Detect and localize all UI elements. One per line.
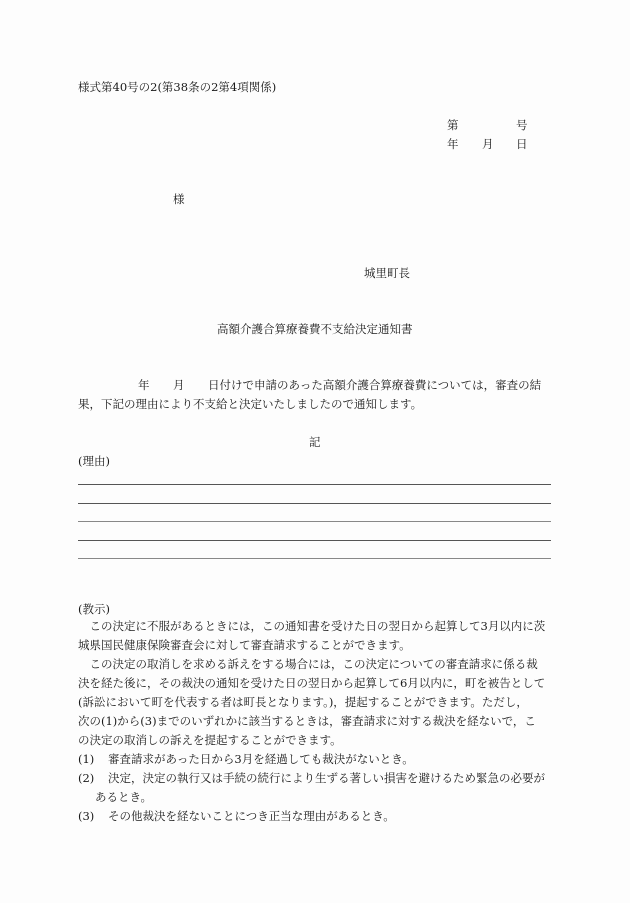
body-date-year: 年 [138, 380, 150, 392]
document-number-suffix: 号 [516, 120, 528, 132]
instruction-items: (1) 審査請求があった日から3月を経過しても裁決がないとき。 (2) 決定，決… [78, 750, 552, 826]
item-text: 審査請求があった日から3月を経過しても裁決がないとき。 [108, 750, 552, 769]
document-number-prefix: 第 [447, 120, 459, 132]
list-item: (1) 審査請求があった日から3月を経過しても裁決がないとき。 [78, 750, 552, 769]
date-month: 月 [482, 139, 494, 151]
reason-line [78, 540, 551, 541]
reason-line [78, 503, 551, 504]
body-date-month: 月 [173, 380, 185, 392]
addressee-suffix: 様 [173, 194, 185, 206]
item-text: 決定，決定の執行又は手続の続行により生ずる著しい損害を避けるため緊急の必要が [108, 769, 552, 788]
date-day: 日 [516, 139, 528, 151]
body-line1: 日付けで申請のあった高額介護合算療養費については，審査の結 [208, 380, 541, 392]
reason-line [78, 484, 551, 485]
text-line: この決定の取消しを求める訴えをする場合には，この決定についての審査請求に係る裁 [78, 655, 552, 674]
issuer-name: 城里町長 [364, 268, 410, 280]
reason-label: (理由) [78, 456, 110, 468]
list-item: (2) 決定，決定の執行又は手続の続行により生ずる著しい損害を避けるため緊急の必… [78, 769, 552, 788]
reason-line [78, 521, 551, 522]
item-text-continued: あるとき。 [78, 788, 552, 807]
date-year: 年 [447, 139, 459, 151]
text-line: この決定に不服があるときには，この通知書を受けた日の翌日から起算して3月以内に茨 [78, 617, 552, 636]
text-line: (訴訟において町を代表する者は町長となります。)，提起することができます。ただし… [78, 693, 552, 712]
instruction-paragraph-1: この決定に不服があるときには，この通知書を受けた日の翌日から起算して3月以内に茨… [78, 617, 552, 655]
ki-heading: 記 [309, 437, 321, 449]
text-line: 次の(1)から(3)までのいずれかに該当するときは，審査請求に対する裁決を経ない… [78, 712, 552, 731]
text-line: の決定の取消しの訴えを提起することができます。 [78, 731, 552, 750]
text-line: 城県国民健康保険審査会に対して審査請求することができます。 [78, 636, 552, 655]
item-number: (3) [78, 807, 108, 826]
reason-line [78, 558, 551, 559]
body-line2: 果，下記の理由により不支給と決定いたしましたので通知します。 [78, 399, 422, 411]
form-label: 様式第40号の2(第38条の2第4項関係) [78, 82, 276, 94]
list-item: (3) その他裁決を経ないことにつき正当な理由があるとき。 [78, 807, 552, 826]
item-text: その他裁決を経ないことにつき正当な理由があるとき。 [108, 807, 552, 826]
instruction-paragraph-2: この決定の取消しを求める訴えをする場合には，この決定についての審査請求に係る裁 … [78, 655, 552, 750]
document-title: 高額介護合算療養費不支給決定通知書 [217, 324, 413, 336]
text-line: 決を経た後に，その裁決の通知を受けた日の翌日から起算して6月以内に，町を被告とし… [78, 674, 552, 693]
item-number: (1) [78, 750, 108, 769]
instruction-label: (教示) [78, 604, 110, 616]
item-number: (2) [78, 769, 108, 788]
